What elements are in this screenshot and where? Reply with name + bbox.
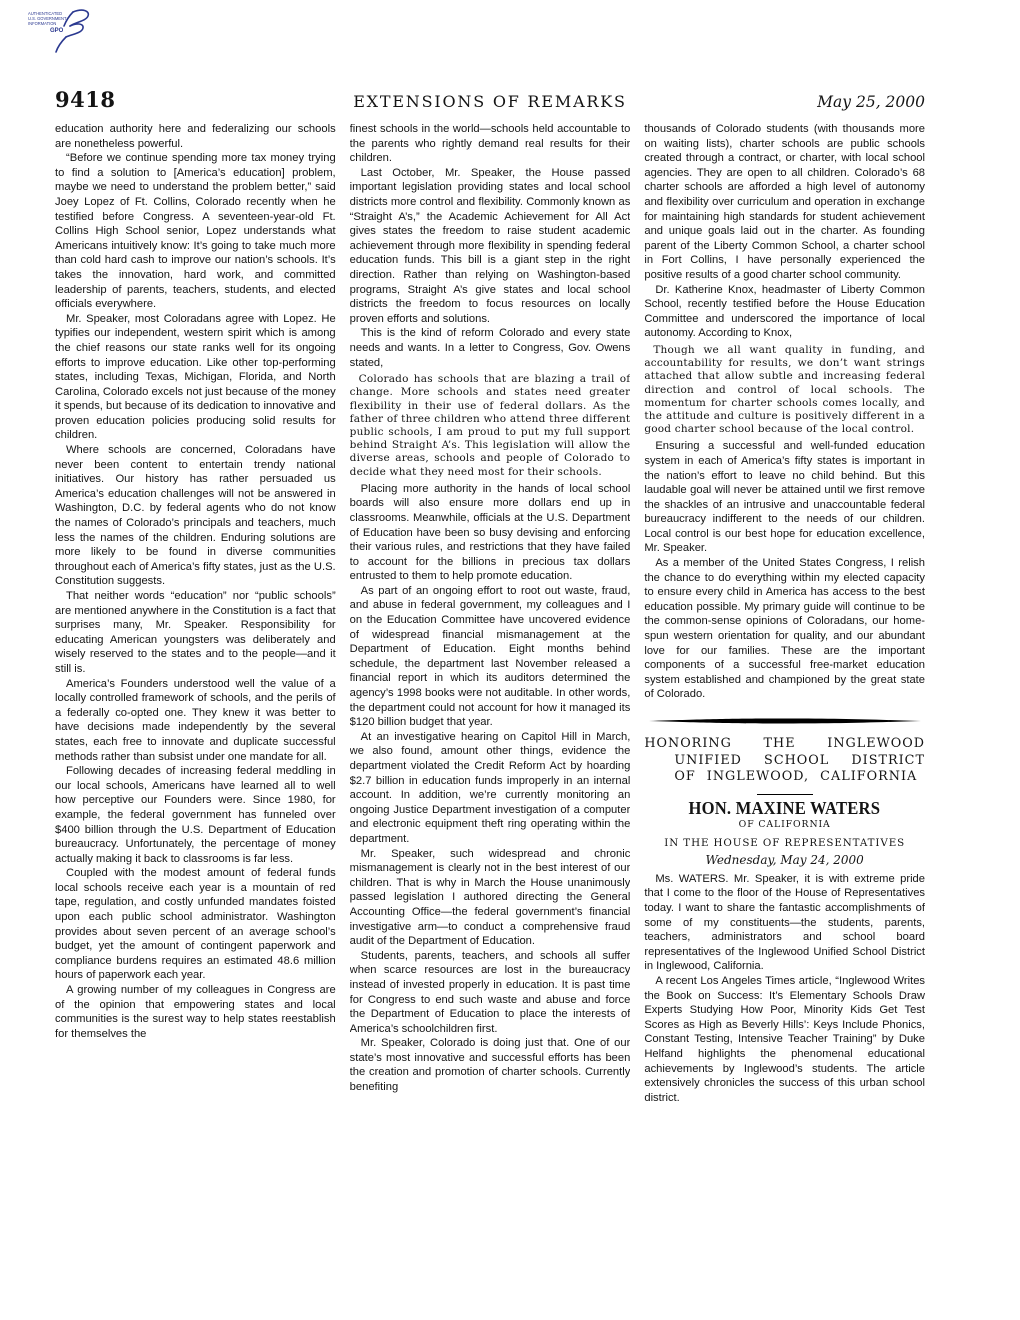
blockquote: Though we all want quality in funding, a… (644, 344, 925, 436)
paragraph: Students, parents, teachers, and schools… (350, 949, 631, 1037)
paragraph: Ensuring a successful and well-funded ed… (644, 439, 925, 556)
speaker-name: HON. MAXINE WATERS (651, 801, 918, 816)
paragraph: Mr. Speaker, most Coloradans agree with … (55, 312, 336, 443)
paragraph: Mr. Speaker, Colorado is doing just that… (350, 1036, 631, 1094)
speaker-state: OF CALIFORNIA (644, 818, 925, 833)
paragraph: Following decades of increasing federal … (55, 764, 336, 866)
paragraph: A growing number of my colleagues in Con… (55, 983, 336, 1041)
continuation-paragraph: education authority here and federalizin… (55, 122, 336, 151)
paragraph: Where schools are concerned, Coloradans … (55, 443, 336, 589)
gpo-authenticated-logo: AUTHENTICATED U.S. GOVERNMENT INFORMATIO… (26, 8, 96, 56)
paragraph: As a member of the United States Congres… (644, 556, 925, 702)
title-rule (757, 794, 813, 795)
column-2: finest schools in the world—schools held… (350, 122, 631, 1314)
column-1: education authority here and federalizin… (55, 122, 336, 1314)
running-head: 9418 EXTENSIONS OF REMARKS May 25, 2000 (55, 86, 925, 112)
paragraph: Placing more authority in the hands of l… (350, 482, 631, 584)
continuation-paragraph: finest schools in the world—schools held… (350, 122, 631, 166)
article-title: HONORING THE INGLEWOOD UNIFIED SCHOOL DI… (644, 736, 925, 786)
paragraph: Mr. Speaker, such widespread and chronic… (350, 847, 631, 949)
paragraph: Ms. WATERS. Mr. Speaker, it is with extr… (644, 872, 925, 974)
header-date: May 25, 2000 (817, 93, 925, 111)
paragraph: At an investigative hearing on Capitol H… (350, 730, 631, 847)
svg-text:GPO: GPO (50, 28, 64, 34)
paragraph: Dr. Katherine Knox, headmaster of Libert… (644, 283, 925, 341)
continuation-paragraph: thousands of Colorado students (with tho… (644, 122, 925, 283)
dateline: Wednesday, May 24, 2000 (644, 853, 925, 868)
body-columns: education authority here and federalizin… (55, 122, 925, 1314)
congressional-record-page: AUTHENTICATED U.S. GOVERNMENT INFORMATIO… (0, 0, 1020, 1320)
paragraph: This is the kind of reform Colorado and … (350, 326, 631, 370)
chamber-line: IN THE HOUSE OF REPRESENTATIVES (644, 836, 925, 851)
svg-text:INFORMATION: INFORMATION (28, 21, 56, 26)
paragraph: That neither words “education” nor “publ… (55, 589, 336, 677)
paragraph: As part of an ongoing effort to root out… (350, 584, 631, 730)
paragraph: Coupled with the modest amount of federa… (55, 866, 336, 983)
paragraph: A recent Los Angeles Times article, “Ing… (644, 974, 925, 1105)
article-separator (649, 717, 921, 725)
gpo-eagle-icon: AUTHENTICATED U.S. GOVERNMENT INFORMATIO… (26, 8, 96, 56)
paragraph: America’s Founders understood well the v… (55, 677, 336, 765)
blockquote: Colorado has schools that are blazing a … (350, 373, 631, 479)
paragraph: Last October, Mr. Speaker, the House pas… (350, 166, 631, 327)
paragraph: “Before we continue spending more tax mo… (55, 151, 336, 312)
header-title: EXTENSIONS OF REMARKS (55, 92, 925, 111)
column-3: thousands of Colorado students (with tho… (644, 122, 925, 1314)
